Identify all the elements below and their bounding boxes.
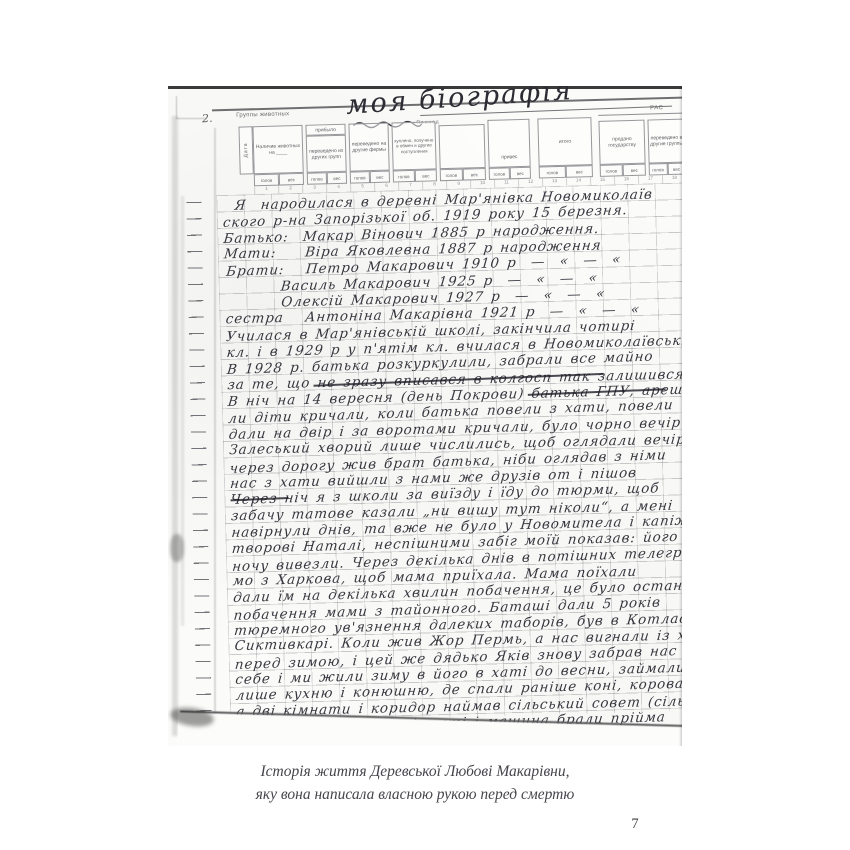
margin-tick-marks <box>186 202 212 742</box>
form-groups-label: Группы животных <box>236 111 289 118</box>
section-rashod-rule <box>598 113 682 116</box>
column-header <box>439 124 486 169</box>
ledger-sheet: Группы животных моя біографія Приход РАС… <box>168 97 682 746</box>
caption-line: яку вона написала власною рукою перед см… <box>210 783 620 806</box>
column-header: итого <box>537 117 592 166</box>
column-header: переведено на другие фермы <box>348 123 389 172</box>
subcolumn-header: головвес <box>350 171 390 184</box>
photo-caption: Історія життя Деревської Любові Макарівн… <box>210 760 620 806</box>
subcolumn-header: головвес <box>307 172 347 185</box>
book-page: 2. Группы животных моя біографія Приход … <box>0 0 850 850</box>
column-header: куплено, получено в обмен и другие посту… <box>391 121 436 170</box>
section-label-rashod: РАС <box>650 105 663 111</box>
scan-right-edge <box>679 86 682 746</box>
column-header-date: Дата <box>238 126 253 174</box>
handwritten-text: Я народилася в деревні Мар'янівка Новоми… <box>222 184 682 736</box>
column-header: Наличие животных на ____ <box>252 125 303 174</box>
scanned-document: 2. Группы животных моя біографія Приход … <box>168 86 682 746</box>
column-header: переведено в другие группы <box>647 119 682 164</box>
column-header: переведено из других групп <box>306 135 347 173</box>
caption-line: Історія життя Деревської Любові Макарівн… <box>210 760 620 783</box>
column-header: привес <box>487 119 530 168</box>
column-header: продано государству <box>598 120 645 165</box>
page-number: 7 <box>618 816 652 833</box>
subcolumn-header: головвес <box>649 163 682 176</box>
